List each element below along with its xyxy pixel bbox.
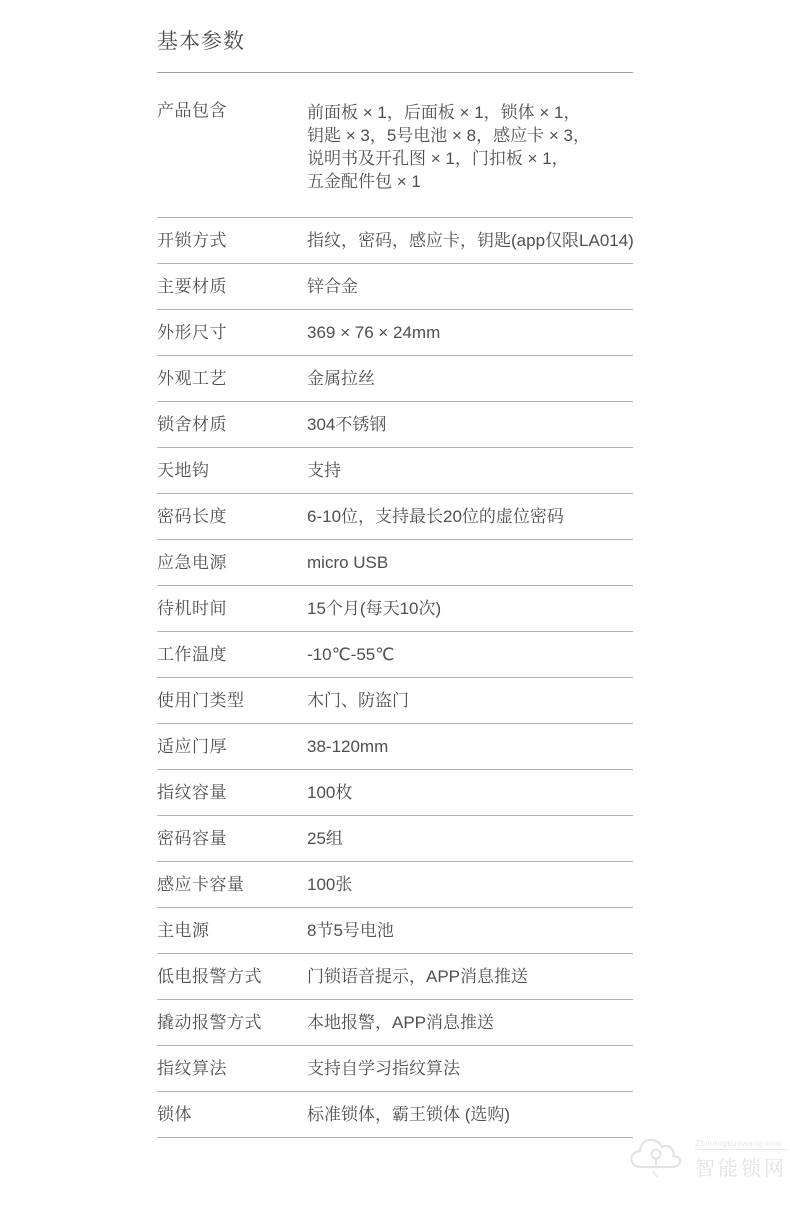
spec-row-label: 适应门厚: [157, 737, 307, 756]
spec-row-value: -10℃-55℃: [307, 645, 633, 664]
spec-row-label: 感应卡容量: [157, 875, 307, 894]
spec-row-value: 25组: [307, 829, 633, 848]
spec-row-value: 15个月(每天10次): [307, 599, 633, 618]
spec-row-label: 使用门类型: [157, 691, 307, 710]
table-row: 外形尺寸 369 × 76 × 24mm: [157, 310, 633, 356]
table-row: 工作温度 -10℃-55℃: [157, 632, 633, 678]
spec-row-value: 100枚: [307, 783, 633, 802]
spec-row-value: 锌合金: [307, 277, 633, 296]
table-row: 感应卡容量 100张: [157, 862, 633, 908]
spec-table: 产品包含 前面板 × 1，后面板 × 1，锁体 × 1， 钥匙 × 3，5号电池…: [157, 72, 633, 1138]
spec-row-value: 支持自学习指纹算法: [307, 1059, 633, 1078]
spec-row-label: 密码容量: [157, 829, 307, 848]
table-row: 主要材质 锌合金: [157, 264, 633, 310]
table-row: 适应门厚 38-120mm: [157, 724, 633, 770]
table-row: 低电报警方式 门锁语音提示，APP消息推送: [157, 954, 633, 1000]
table-row: 天地钩 支持: [157, 448, 633, 494]
spec-row-value: 100张: [307, 875, 633, 894]
spec-row-value: 门锁语音提示，APP消息推送: [307, 967, 633, 986]
spec-row-label: 密码长度: [157, 507, 307, 526]
spec-row-value: 前面板 × 1，后面板 × 1，锁体 × 1， 钥匙 × 3，5号电池 × 8，…: [307, 101, 633, 193]
spec-row-value: 木门、防盗门: [307, 691, 633, 710]
table-row: 外观工艺 金属拉丝: [157, 356, 633, 402]
spec-row-value: 369 × 76 × 24mm: [307, 323, 633, 342]
spec-row-label: 待机时间: [157, 599, 307, 618]
watermark-text: Zhinengsuowang.com 智能锁网: [695, 1139, 787, 1181]
spec-row-value: 金属拉丝: [307, 369, 633, 388]
spec-row-value: 标准锁体，霸王锁体 (选购): [307, 1105, 633, 1124]
table-row: 密码长度 6-10位，支持最长20位的虚位密码: [157, 494, 633, 540]
table-row: 指纹容量 100枚: [157, 770, 633, 816]
table-row: 主电源 8节5号电池: [157, 908, 633, 954]
spec-row-label: 天地钩: [157, 461, 307, 480]
spec-row-label: 开锁方式: [157, 231, 307, 250]
table-row: 应急电源 micro USB: [157, 540, 633, 586]
spec-section: 基本参数 产品包含 前面板 × 1，后面板 × 1，锁体 × 1， 钥匙 × 3…: [157, 0, 633, 1138]
spec-row-label: 主要材质: [157, 277, 307, 296]
table-row: 锁舍材质 304不锈钢: [157, 402, 633, 448]
spec-row-label: 撬动报警方式: [157, 1013, 307, 1032]
spec-row-label: 主电源: [157, 921, 307, 940]
spec-row-value: 6-10位，支持最长20位的虚位密码: [307, 507, 633, 526]
spec-row-label: 外观工艺: [157, 369, 307, 388]
table-row: 使用门类型 木门、防盗门: [157, 678, 633, 724]
spec-row-label: 指纹容量: [157, 783, 307, 802]
spec-row-label: 低电报警方式: [157, 967, 307, 986]
spec-row-label: 指纹算法: [157, 1059, 307, 1078]
table-row: 密码容量 25组: [157, 816, 633, 862]
spec-row-value: 8节5号电池: [307, 921, 633, 940]
spec-row-value: 38-120mm: [307, 737, 633, 756]
watermark: Zhinengsuowang.com 智能锁网: [627, 1131, 787, 1188]
spec-row-label: 产品包含: [157, 101, 307, 120]
table-row: 待机时间 15个月(每天10次): [157, 586, 633, 632]
cloud-lock-icon: [627, 1131, 689, 1188]
table-row: 产品包含 前面板 × 1，后面板 × 1，锁体 × 1， 钥匙 × 3，5号电池…: [157, 73, 633, 218]
table-row: 撬动报警方式 本地报警，APP消息推送: [157, 1000, 633, 1046]
spec-row-label: 外形尺寸: [157, 323, 307, 342]
spec-row-value: 本地报警，APP消息推送: [307, 1013, 633, 1032]
watermark-url: Zhinengsuowang.com: [695, 1139, 787, 1150]
spec-row-label: 工作温度: [157, 645, 307, 664]
spec-row-label: 锁体: [157, 1105, 307, 1124]
spec-row-label: 锁舍材质: [157, 415, 307, 434]
spec-row-value: micro USB: [307, 553, 633, 572]
table-row: 锁体 标准锁体，霸王锁体 (选购): [157, 1092, 633, 1138]
spec-row-value: 支持: [307, 461, 633, 480]
spec-row-value: 304不锈钢: [307, 415, 633, 434]
spec-row-value: 指纹，密码，感应卡，钥匙(app仅限LA014): [307, 231, 634, 250]
table-row: 指纹算法 支持自学习指纹算法: [157, 1046, 633, 1092]
spec-row-label: 应急电源: [157, 553, 307, 572]
watermark-site-name: 智能锁网: [695, 1152, 787, 1181]
table-row: 开锁方式 指纹，密码，感应卡，钥匙(app仅限LA014): [157, 218, 633, 264]
page-title: 基本参数: [157, 0, 633, 72]
